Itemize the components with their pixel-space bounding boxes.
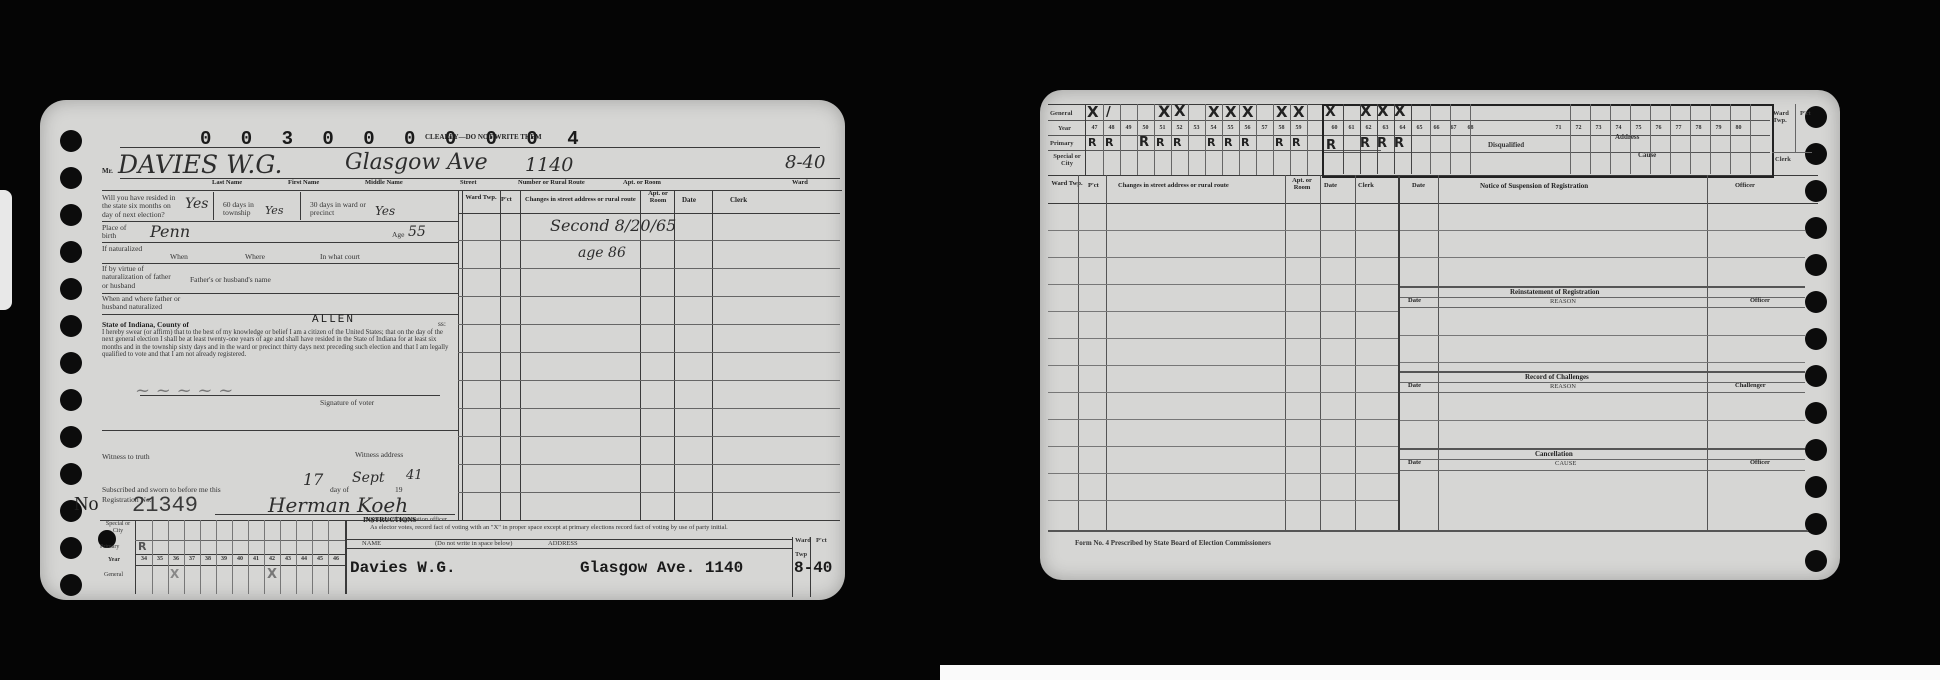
year-cell: 39: [216, 556, 232, 562]
punch-hole: [60, 204, 82, 226]
back-year-cell: 73: [1590, 125, 1607, 131]
grid-label-general: General: [104, 572, 123, 579]
back-year-cell: 78: [1690, 125, 1707, 131]
year-cell: 38: [200, 556, 216, 562]
naturalized-where: Where: [245, 253, 265, 261]
witness-address-label: Witness address: [355, 451, 403, 459]
back-year-cell: 62: [1360, 125, 1377, 131]
bottom-address-label: ADDRESS: [548, 540, 578, 547]
punch-hole: [60, 167, 82, 189]
back-year-cell: 51: [1154, 125, 1171, 131]
general-vote-mark: X: [1394, 102, 1406, 120]
bottom-pct-label: P'ct: [816, 537, 827, 544]
back-grid-later-years: [1322, 104, 1774, 178]
back-year-cell: 49: [1120, 125, 1137, 131]
township-answer: Yes: [265, 204, 283, 217]
changes-entry-1: Second 8/20/65: [550, 216, 676, 235]
back-year-cell: 61: [1343, 125, 1360, 131]
front-registration-card: 0 0 3 0 0 0 0 0 0 4 CLEARLY—DO NOT WRITE…: [40, 100, 845, 600]
typed-address: Glasgow Ave. 1140: [580, 559, 743, 577]
back-changes-header-address: Changes in street address or rural route: [1118, 183, 1229, 190]
general-vote-mark: X: [1158, 102, 1170, 121]
father-when-label: When and where father or husband natural…: [102, 295, 192, 312]
witness-label: Witness to truth: [102, 453, 150, 461]
punch-hole: [60, 352, 82, 374]
street-label: Street: [460, 180, 476, 187]
back-year-cell: 71: [1550, 125, 1567, 131]
voter-signature: ~ ~ ~ ~ ~: [135, 380, 233, 401]
naturalized-court: In what court: [320, 253, 360, 261]
cancellation-header-cause: CAUSE: [1555, 460, 1576, 467]
general-vote-mark: X: [1377, 102, 1389, 120]
back-grid-label-general: General: [1050, 110, 1072, 117]
back-grid-label-year: Year: [1058, 125, 1071, 132]
punch-hole: [60, 426, 82, 448]
punch-hole: [60, 241, 82, 263]
oath-text: I hereby swear (or affirm) that to the b…: [102, 329, 452, 359]
instructions-text: As elector votes, record fact of voting …: [370, 524, 790, 531]
back-year-cell: 48: [1103, 125, 1120, 131]
bottom-twp-label: Twp: [795, 551, 807, 558]
back-year-cell: 60: [1326, 125, 1343, 131]
first-name-label: First Name: [288, 180, 319, 187]
back-year-cell: 53: [1188, 125, 1205, 131]
ss-label: ss:: [438, 320, 446, 328]
back-year-cell: 63: [1377, 125, 1394, 131]
primary-vote-mark: R: [1224, 136, 1232, 149]
year-cell: 36: [168, 556, 184, 562]
general-vote-mark: X: [1293, 103, 1305, 121]
punch-hole: [60, 278, 82, 300]
changes-entry-2: age 86: [578, 245, 626, 261]
back-year-cell: 79: [1710, 125, 1727, 131]
primary-vote-mark: R: [1377, 136, 1387, 151]
back-year-cell: 54: [1205, 125, 1222, 131]
typed-ward-pct: 8-40: [794, 559, 832, 577]
back-year-cell: 75: [1630, 125, 1647, 131]
general-vote-mark: X: [1174, 102, 1186, 120]
back-address-label: Address: [1615, 134, 1639, 142]
primary-vote-mark: R: [1292, 136, 1300, 149]
changes-header-pct: P'ct: [501, 197, 512, 204]
top-instruction: CLEARLY—DO NOT WRITE THEM: [425, 134, 542, 141]
punch-hole: [1805, 402, 1827, 424]
back-cause-label: Cause: [1638, 152, 1656, 160]
grid-label-special: Special or City: [102, 521, 134, 534]
punch-hole: [60, 130, 82, 152]
back-grid-label-primary: Primary: [1050, 140, 1073, 147]
cancellation-title: Cancellation: [1535, 451, 1573, 458]
handwritten-ward: 8-40: [785, 152, 825, 173]
back-year-cell: 52: [1171, 125, 1188, 131]
residence-answer: Yes: [185, 196, 209, 212]
grid-label-primary: Primary: [100, 544, 119, 551]
back-grid-label-special: Special or City: [1050, 153, 1084, 167]
back-year-cell: 74: [1610, 125, 1627, 131]
punch-hole: [1805, 180, 1827, 202]
punch-hole: [1805, 143, 1827, 165]
back-year-cell: 64: [1394, 125, 1411, 131]
registration-number: 21349: [132, 493, 198, 518]
cancellation-header-date: Date: [1408, 460, 1421, 467]
bottom-ward-label: Ward: [795, 537, 811, 544]
ward-answer: Yes: [375, 204, 395, 218]
year-cell: 41: [248, 556, 264, 562]
punch-hole: [1805, 439, 1827, 461]
primary-vote-mark: R: [1207, 136, 1215, 149]
general-vote-mark: X: [1087, 103, 1099, 121]
birth-label: Place of birth: [102, 224, 142, 241]
back-pct-label: P'ct: [1800, 110, 1811, 117]
suspension-header-date: Date: [1412, 183, 1425, 190]
residence-question: Will you have resided in the state six m…: [102, 194, 182, 219]
back-year-cell: 77: [1670, 125, 1687, 131]
challenges-title: Record of Challenges: [1525, 374, 1589, 381]
year-cell: 34: [136, 556, 152, 562]
general-vote-mark: X: [1276, 103, 1288, 121]
punch-hole: [60, 574, 82, 596]
father-label: If by virtue of naturalization of father…: [102, 265, 177, 290]
general-mark: X: [170, 567, 179, 581]
back-changes-header-clerk: Clerk: [1358, 183, 1374, 190]
last-name-label: Last Name: [212, 180, 242, 187]
back-year-cell: 58: [1273, 125, 1290, 131]
year-cell: 37: [184, 556, 200, 562]
back-changes-header-apt: Apt. or Room: [1287, 178, 1317, 192]
cancellation-header-officer: Officer: [1750, 460, 1770, 467]
punch-hole: [1805, 328, 1827, 350]
birth-value: Penn: [150, 222, 190, 241]
general-vote-mark: X: [1208, 103, 1220, 121]
general-vote-mark: X: [1325, 104, 1336, 120]
year-cell: 43: [280, 556, 296, 562]
year-cell: 44: [296, 556, 312, 562]
suspension-header-officer: Officer: [1735, 183, 1755, 190]
grid-label-year: Year: [108, 557, 120, 564]
back-year-cell: 56: [1239, 125, 1256, 131]
film-edge-tab: [0, 190, 12, 310]
back-year-cell: 59: [1290, 125, 1307, 131]
challenges-header-challenger: Challenger: [1735, 383, 1766, 390]
changes-header-address: Changes in street address or rural route: [525, 197, 636, 204]
suspension-header-notice: Notice of Suspension of Registration: [1480, 183, 1588, 190]
punch-hole: [1805, 513, 1827, 535]
challenges-header-date: Date: [1408, 383, 1421, 390]
primary-vote-mark: R: [1105, 136, 1113, 149]
number-prefix: No: [74, 494, 98, 515]
year-cell: 42: [264, 556, 280, 562]
back-disqualified-label: Disqualified: [1488, 142, 1524, 150]
general-vote-mark: X: [1225, 103, 1237, 121]
year-cell: 35: [152, 556, 168, 562]
punch-hole: [1805, 217, 1827, 239]
primary-vote-mark: R: [1326, 138, 1336, 153]
year-cell: 46: [328, 556, 344, 562]
year-cell: 45: [312, 556, 328, 562]
number-label: Number or Rural Route: [518, 180, 585, 187]
naturalized-when: When: [170, 253, 188, 261]
ward-label: Ward: [792, 180, 808, 187]
challenges-header-reason: REASON: [1550, 383, 1576, 390]
county-value: ALLEN: [312, 314, 355, 326]
age-value: 55: [408, 224, 426, 240]
back-clerk-label: Clerk: [1775, 156, 1791, 163]
punch-hole: [1805, 365, 1827, 387]
back-year-cell: 80: [1730, 125, 1747, 131]
primary-vote-mark: R: [1088, 136, 1096, 149]
changes-header-ward: Ward Twp.: [464, 195, 498, 202]
back-year-cell: 65: [1411, 125, 1428, 131]
punch-hole: [1805, 291, 1827, 313]
punch-hole: [60, 537, 82, 559]
primary-vote-mark: R: [1275, 136, 1283, 149]
back-year-cell: 67: [1445, 125, 1462, 131]
punch-hole: [1805, 254, 1827, 276]
punch-hole: [1805, 476, 1827, 498]
general-vote-mark: X: [1360, 102, 1372, 120]
ward-question: 30 days in ward or precinct: [310, 201, 380, 218]
changes-header-apt: Apt. or Room: [643, 191, 673, 205]
state-label: State of Indiana, County of: [102, 321, 189, 329]
primary-vote-mark: R: [1360, 136, 1370, 151]
subscribed-year: 41: [406, 468, 423, 483]
back-year-cell: 57: [1256, 125, 1273, 131]
punch-hole: [60, 389, 82, 411]
back-ward-twp-label: Ward Twp.: [1773, 110, 1795, 124]
punch-hole: [60, 315, 82, 337]
back-registration-card: General Year Primary Special or City 47 …: [1040, 90, 1840, 580]
back-year-cell: 76: [1650, 125, 1667, 131]
signature-label: Signature of voter: [320, 399, 374, 407]
reinstatement-header-date: Date: [1408, 298, 1421, 305]
punch-hole: [60, 463, 82, 485]
bottom-name-label: NAME: [362, 540, 381, 547]
handwritten-number: 1140: [525, 154, 573, 176]
general-vote-mark: /: [1106, 105, 1111, 120]
naturalized-label: If naturalized: [102, 245, 152, 253]
handwritten-street: Glasgow Ave: [345, 150, 488, 175]
apt-label: Apt. or Room: [623, 180, 661, 187]
age-label: Age: [392, 231, 405, 239]
general-vote-mark: X: [1242, 103, 1254, 121]
title-prefix: Mr.: [102, 168, 113, 175]
primary-vote-mark: R: [1241, 136, 1249, 149]
subscribed-day: 17: [303, 470, 323, 489]
primary-vote-mark: R: [1173, 136, 1181, 149]
back-year-cell: 55: [1222, 125, 1239, 131]
primary-mark: R: [138, 540, 146, 553]
reinstatement-title: Reinstatement of Registration: [1510, 289, 1599, 296]
back-year-cell: 47: [1086, 125, 1103, 131]
back-changes-header-date: Date: [1324, 183, 1337, 190]
back-year-cell: 72: [1570, 125, 1587, 131]
changes-header-clerk: Clerk: [730, 197, 747, 204]
year-cell: 40: [232, 556, 248, 562]
father-name-label: Father's or husband's name: [190, 276, 271, 284]
general-mark: X: [267, 567, 277, 582]
form-footer: Form No. 4 Prescribed by State Board of …: [1075, 540, 1271, 548]
handwritten-name: DAVIES W.G.: [118, 150, 282, 179]
reinstatement-header-reason: REASON: [1550, 298, 1576, 305]
do-not-write-label: (Do not write in space below): [435, 540, 512, 547]
subscribed-month: Sept: [352, 470, 384, 486]
primary-vote-mark: R: [1139, 135, 1149, 150]
back-changes-header-pct: P'ct: [1088, 183, 1099, 190]
frame-edge-strip: [940, 665, 1940, 680]
back-year-cell: 50: [1137, 125, 1154, 131]
changes-header-date: Date: [682, 197, 696, 204]
typed-name: Davies W.G.: [350, 559, 456, 577]
primary-vote-mark: R: [1156, 136, 1164, 149]
punch-hole: [1805, 550, 1827, 572]
primary-vote-mark: R: [1394, 136, 1404, 151]
reinstatement-header-officer: Officer: [1750, 298, 1770, 305]
middle-name-label: Middle Name: [365, 180, 403, 187]
